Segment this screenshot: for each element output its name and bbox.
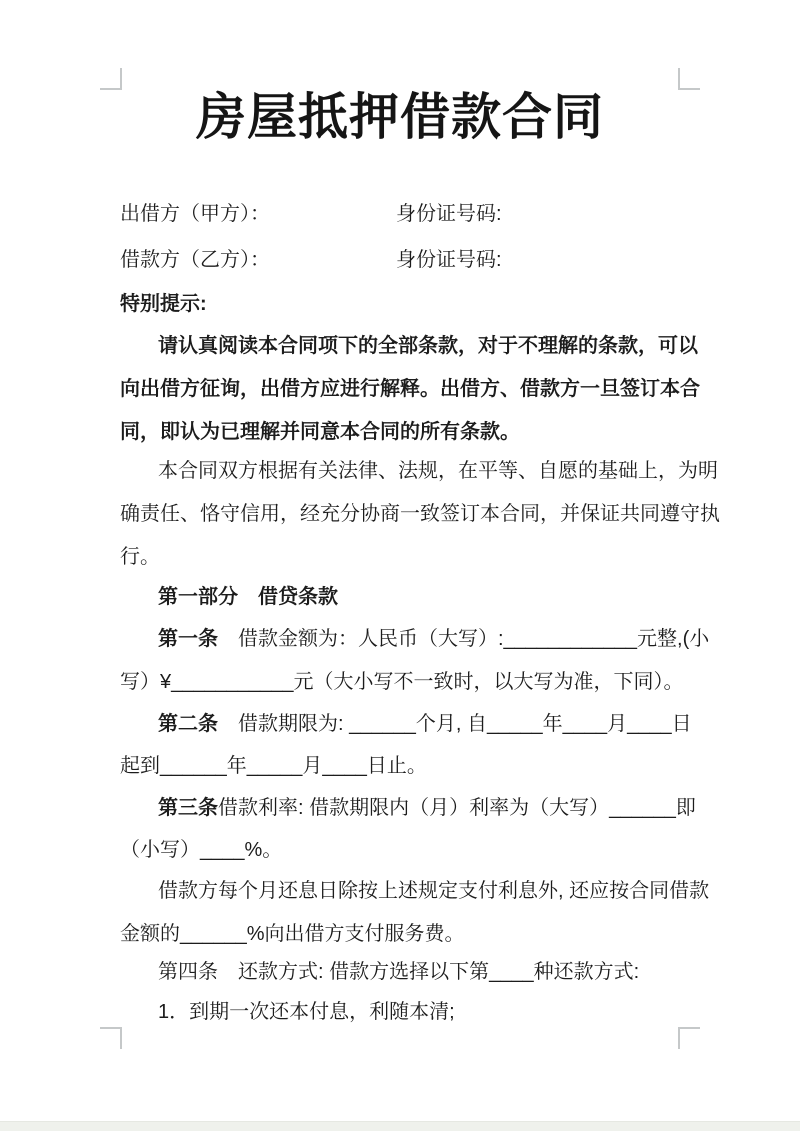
lender-row: 出借方（甲方）： 身份证号码: <box>120 202 705 226</box>
page-bottom-edge <box>0 1121 800 1131</box>
contract-document-page: 房屋抵押借款合同 出借方（甲方）： 身份证号码: 借款方（乙方）： 身份证号码:… <box>0 0 800 1131</box>
article1-text: 借款金额为：人民币（大写）:____________元整,(小 <box>218 628 709 650</box>
repayment-option-1: 1．到期一次还本付息，利随本清; <box>158 1000 743 1024</box>
article2-text: 借款期限为: ______个月, 自_____年____月____日 <box>218 713 692 735</box>
borrower-row: 借款方（乙方）： 身份证号码: <box>120 248 705 272</box>
preamble-line1: 本合同双方根据有关法律、法规，在平等、自愿的基础上，为明 <box>158 459 743 483</box>
borrower-id-label: 身份证号码: <box>396 248 502 272</box>
article1-label: 第一条 <box>158 628 218 650</box>
lender-label: 出借方（甲方）： <box>120 203 270 225</box>
part1-heading: 第一部分 借贷条款 <box>158 585 743 609</box>
document-title: 房屋抵押借款合同 <box>0 86 800 148</box>
special-notice-heading: 特别提示: <box>120 292 705 316</box>
article2-line1: 第二条 借款期限为: ______个月, 自_____年____月____日 <box>158 712 743 736</box>
article2-label: 第二条 <box>158 713 218 735</box>
article1-line2: 写）¥___________元（大小写不一致时，以大写为准，下同）。 <box>120 670 705 694</box>
notice-paragraph-line3: 同，即认为已理解并同意本合同的所有条款。 <box>120 420 705 444</box>
article4-line1: 第四条 还款方式: 借款方选择以下第____种还款方式: <box>158 960 743 984</box>
article2-line2: 起到______年_____月____日止。 <box>120 754 705 778</box>
article3-line2: （小写）____%。 <box>120 838 705 862</box>
service-fee-line2: 金额的______%向出借方支付服务费。 <box>120 922 705 946</box>
borrower-label: 借款方（乙方）： <box>120 249 270 271</box>
lender-id-label: 身份证号码: <box>396 202 502 226</box>
preamble-line3: 行。 <box>120 545 705 569</box>
article3-text: 借款利率: 借款期限内（月）利率为（大写）______即 <box>218 797 696 819</box>
margin-corner-mark-bottom-left <box>100 1027 122 1049</box>
notice-paragraph-line2: 向出借方征询，出借方应进行解释。出借方、借款方一旦签订本合 <box>120 377 705 401</box>
margin-corner-mark-bottom-right <box>678 1027 700 1049</box>
article1-line1: 第一条 借款金额为：人民币（大写）:____________元整,(小 <box>158 627 743 651</box>
article3-label: 第三条 <box>158 797 218 819</box>
service-fee-line1: 借款方每个月还息日除按上述规定支付利息外, 还应按合同借款 <box>158 879 743 903</box>
notice-paragraph-line1: 请认真阅读本合同项下的全部条款，对于不理解的条款，可以 <box>158 334 743 358</box>
preamble-line2: 确责任、恪守信用，经充分协商一致签订本合同，并保证共同遵守执 <box>120 502 705 526</box>
article3-line1: 第三条借款利率: 借款期限内（月）利率为（大写）______即 <box>158 796 743 820</box>
